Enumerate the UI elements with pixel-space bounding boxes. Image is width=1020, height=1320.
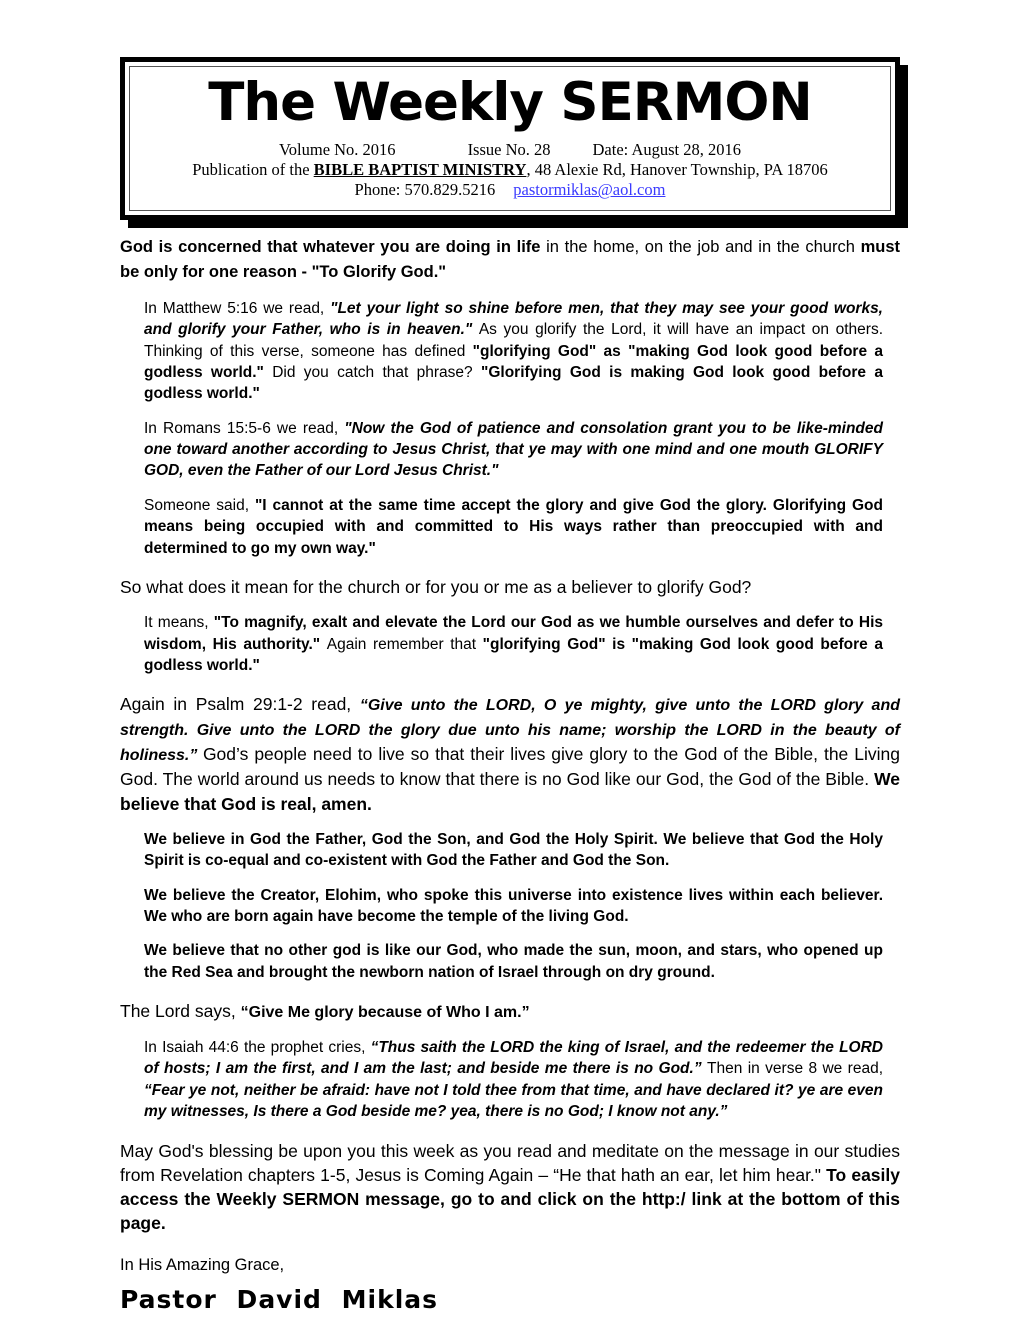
volume-number: Volume No. 2016 bbox=[279, 140, 396, 160]
masthead-box: The Weekly SERMON Volume No. 2016 Issue … bbox=[120, 57, 900, 220]
issue-number: Issue No. 28 bbox=[468, 140, 551, 160]
scripture-quote: “Fear ye not, neither be afraid: have no… bbox=[144, 1082, 883, 1120]
paragraph-psalm: Again in Psalm 29:1-2 read, “Give unto t… bbox=[120, 692, 900, 816]
text-run: God is concerned that whatever you are d… bbox=[120, 238, 546, 256]
paragraph-romans: In Romans 15:5-6 we read, "Now the God o… bbox=[144, 418, 883, 482]
document-content: The Weekly SERMON Volume No. 2016 Issue … bbox=[120, 0, 900, 1318]
contact-line: Phone: 570.829.5216 pastormiklas@aol.com bbox=[138, 180, 882, 200]
text-run: in the home, on the job and in the churc… bbox=[546, 238, 860, 256]
publication-address: , 48 Alexie Rd, Hanover Township, PA 187… bbox=[526, 160, 827, 179]
document-page: The Weekly SERMON Volume No. 2016 Issue … bbox=[0, 0, 1020, 1320]
text-run: In Romans 15:5-6 we read, bbox=[144, 420, 344, 437]
newsletter-title: The Weekly SERMON bbox=[138, 73, 882, 132]
text-run: Again in Psalm 29:1-2 read, bbox=[120, 694, 360, 714]
paragraph-someone-said: Someone said, "I cannot at the same time… bbox=[144, 495, 883, 559]
ministry-name: BIBLE BAPTIST MINISTRY bbox=[314, 160, 527, 179]
text-run: Did you catch that phrase? bbox=[272, 364, 481, 381]
text-run: May God's blessing be upon you this week… bbox=[120, 1141, 900, 1185]
quote-text: “Give Me glory because of Who I am.” bbox=[241, 1004, 530, 1021]
paragraph-intro: God is concerned that whatever you are d… bbox=[120, 235, 900, 285]
email-link[interactable]: pastormiklas@aol.com bbox=[513, 180, 665, 200]
masthead-inner-frame: The Weekly SERMON Volume No. 2016 Issue … bbox=[129, 66, 891, 211]
paragraph-it-means: It means, "To magnify, exalt and elevate… bbox=[144, 612, 883, 676]
text-run: It means, bbox=[144, 614, 214, 631]
signature-name: Pastor David Miklas bbox=[120, 1285, 438, 1314]
text-run: So what does it mean for the church or f… bbox=[120, 577, 751, 597]
paragraph-question: So what does it mean for the church or f… bbox=[120, 575, 900, 599]
issue-date: Date: August 28, 2016 bbox=[593, 140, 742, 160]
publication-line: Publication of the BIBLE BAPTIST MINISTR… bbox=[138, 160, 882, 180]
text-run: We believe that no other god is like our… bbox=[144, 942, 883, 980]
paragraph-blessing: May God's blessing be upon you this week… bbox=[120, 1139, 900, 1236]
closing-line: In His Amazing Grace, bbox=[120, 1253, 900, 1278]
publication-prefix: Publication of the bbox=[192, 160, 313, 179]
paragraph-matthew: In Matthew 5:16 we read, "Let your light… bbox=[144, 298, 883, 405]
text-run: In Matthew 5:16 we read, bbox=[144, 300, 330, 317]
text-run: God’s people need to live so that their … bbox=[120, 744, 900, 789]
paragraph-we-believe-trinity: We believe in God the Father, God the So… bbox=[144, 829, 883, 872]
text-run: Someone said, bbox=[144, 497, 255, 514]
text-run: In His Amazing Grace, bbox=[120, 1256, 284, 1274]
paragraph-isaiah: In Isaiah 44:6 the prophet cries, “Thus … bbox=[144, 1037, 883, 1123]
quote-text: "I cannot at the same time accept the gl… bbox=[144, 497, 883, 557]
text-run: The Lord says, bbox=[120, 1001, 241, 1021]
paragraph-we-believe-no-other: We believe that no other god is like our… bbox=[144, 940, 883, 983]
text-run: We believe in God the Father, God the So… bbox=[144, 831, 883, 869]
phone-number: Phone: 570.829.5216 bbox=[355, 180, 496, 200]
issue-info-row: Volume No. 2016 Issue No. 28 Date: Augus… bbox=[138, 140, 882, 160]
text-run: We believe the Creator, Elohim, who spok… bbox=[144, 887, 883, 925]
paragraph-lord-says: The Lord says, “Give Me glory because of… bbox=[120, 999, 900, 1024]
text-run: In Isaiah 44:6 the prophet cries, bbox=[144, 1039, 371, 1056]
text-run: Then in verse 8 we read, bbox=[707, 1060, 883, 1077]
text-run: Again remember that bbox=[327, 636, 483, 653]
paragraph-we-believe-creator: We believe the Creator, Elohim, who spok… bbox=[144, 885, 883, 928]
signature: Pastor David Miklas bbox=[120, 1281, 900, 1319]
